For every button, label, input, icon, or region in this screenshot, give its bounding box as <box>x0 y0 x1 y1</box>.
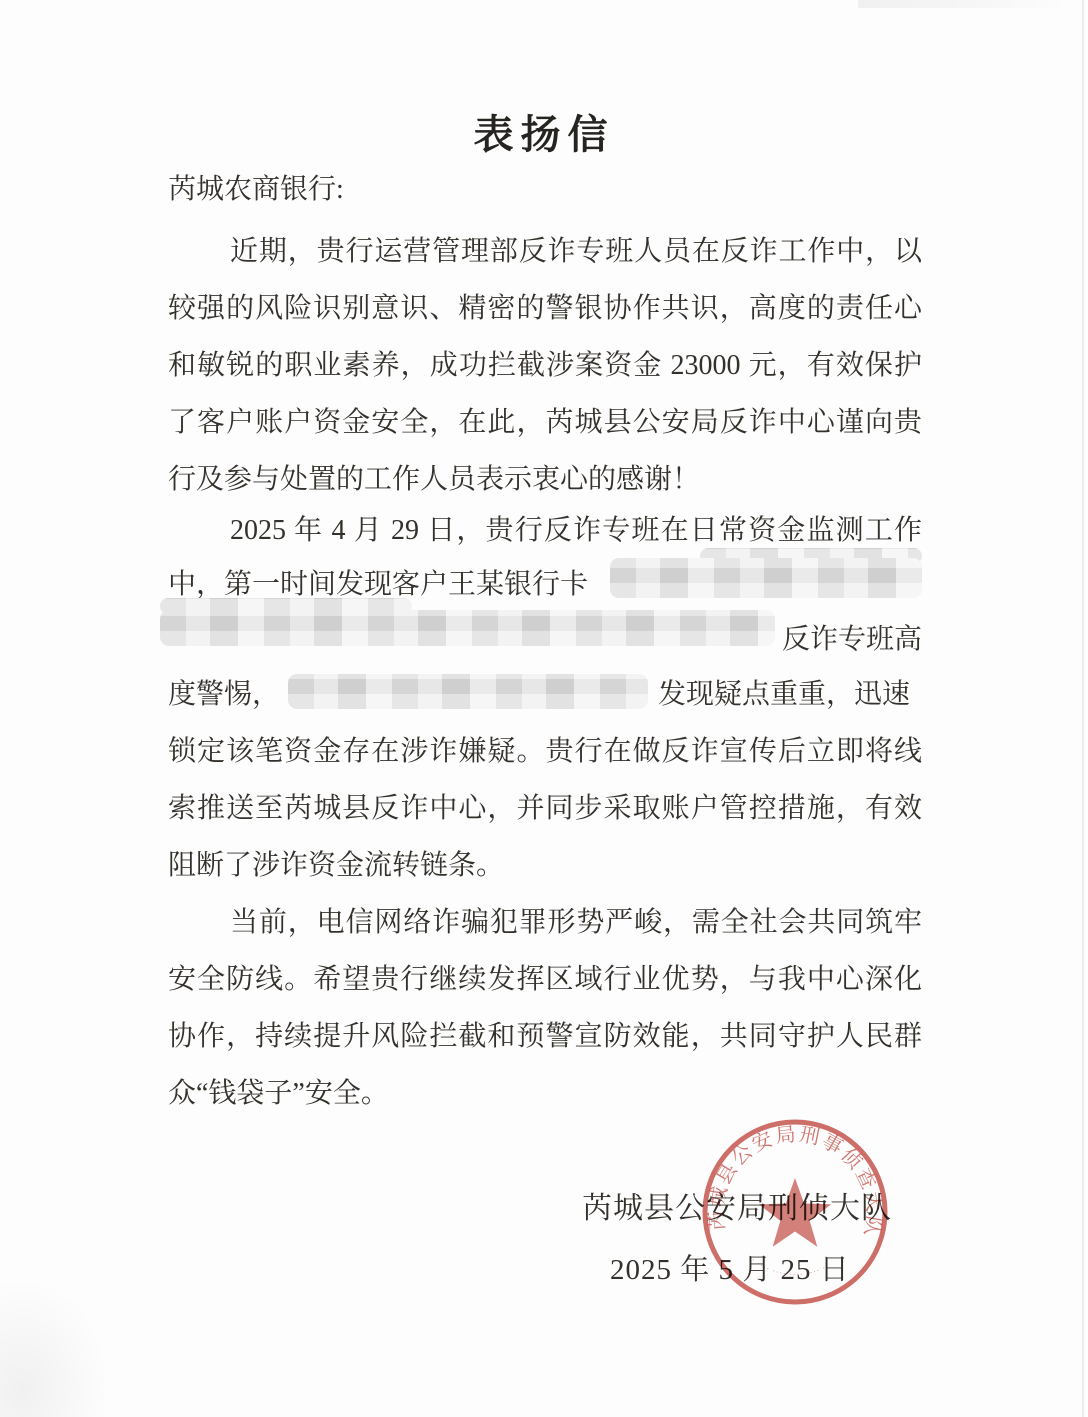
official-seal: 芮城县公安局刑事侦查大队 ·· ···· ···· ···· ···· ·· <box>695 1112 895 1312</box>
body-line: 协作，持续提升风险拦截和预警宣防效能，共同守护人民群 <box>168 1019 922 1055</box>
scan-artifact <box>858 0 1068 8</box>
body-line: 和敏锐的职业素养，成功拦截涉案资金 23000 元，有效保护 <box>168 348 922 384</box>
seal-microtext: ·· ···· ···· ···· ···· ·· <box>746 1253 831 1279</box>
body-line: 2025 年 4 月 29 日，贵行反诈专班在日常资金监测工作 <box>168 513 922 549</box>
body-line: 阻断了涉诈资金流转链条。 <box>168 848 922 884</box>
salutation: 芮城农商银行: <box>168 172 922 208</box>
seal-star <box>759 1178 831 1247</box>
svg-text:·· ···· ···· ···· ···· ··: ·· ···· ···· ···· ···· ·· <box>746 1253 831 1279</box>
body-line: 众“钱袋子”安全。 <box>168 1076 922 1112</box>
scanned-letter-page: 表扬信 芮城农商银行: 近期，贵行运营管理部反诈专班人员在反诈工作中，以 较强的… <box>0 0 1088 1417</box>
scan-edge-line <box>1082 0 1084 1417</box>
body-line: 当前，电信网络诈骗犯罪形势严峻，需全社会共同筑牢 <box>168 905 922 941</box>
letter-title: 表扬信 <box>0 103 1088 160</box>
body-line: 安全防线。希望贵行继续发挥区域行业优势，与我中心深化 <box>168 962 922 998</box>
body-line: 索推送至芮城县反诈中心，并同步采取账户管控措施，有效 <box>168 791 922 827</box>
body-line: 较强的风险识别意识、精密的警银协作共识，高度的责任心 <box>168 291 922 327</box>
body-line: 行及参与处置的工作人员表示衷心的感谢！ <box>168 462 922 498</box>
redaction-mosaic <box>610 558 922 598</box>
body-line: 了客户账户资金安全，在此，芮城县公安局反诈中心谨向贵 <box>168 405 922 441</box>
body-line: 发现疑点重重，迅速 <box>658 677 910 713</box>
body-line: 锁定该笔资金存在涉诈嫌疑。贵行在做反诈宣传后立即将线 <box>168 734 922 770</box>
redaction-mosaic <box>160 610 775 646</box>
redaction-mosaic <box>288 674 648 709</box>
body-line: 近期，贵行运营管理部反诈专班人员在反诈工作中，以 <box>168 234 922 270</box>
scan-artifact <box>0 1277 110 1417</box>
